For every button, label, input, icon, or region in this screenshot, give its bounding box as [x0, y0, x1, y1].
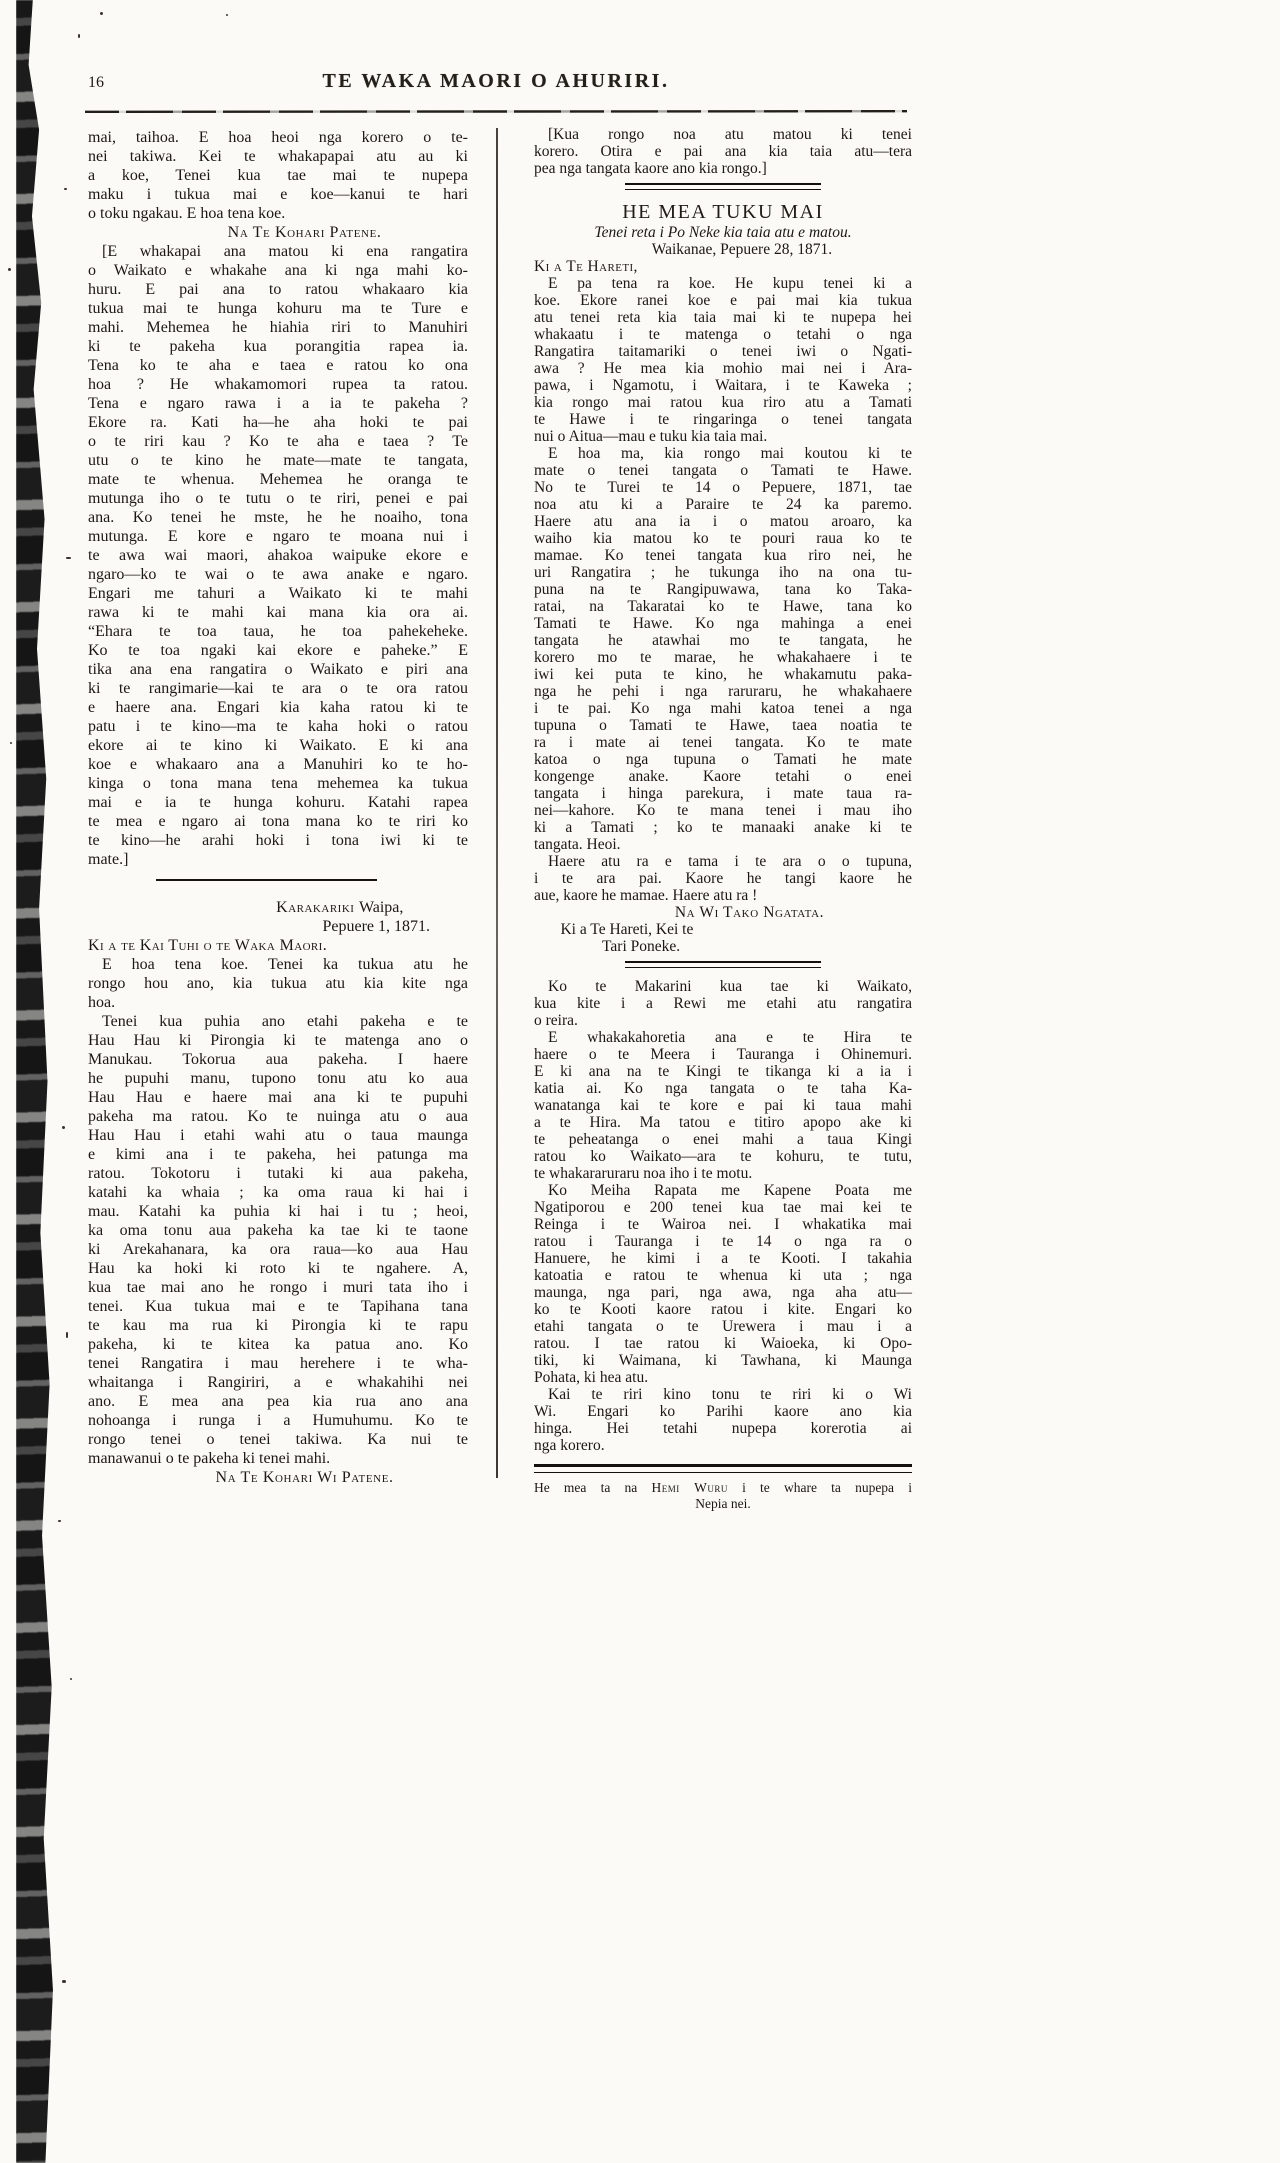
text-line: Ko te toa ngaki kai ekore e paheke.” E	[88, 641, 468, 660]
scan-speck	[8, 268, 11, 271]
text-line: No te Turei te 14 o Pepuere, 1871, tae	[534, 479, 912, 496]
salutation-line: Ki a Te Hareti,	[534, 258, 912, 275]
text-line: manawanui o te pakeha ki tenei mahi.	[88, 1449, 468, 1468]
text-line: Manukau. Tokorua aua pakeha. I haere	[88, 1050, 468, 1069]
text-line: E hoa ma, kia rongo mai koutou ki te	[534, 445, 912, 462]
text-line: Hau Hau i etahi wahi atu o taua maunga	[88, 1126, 468, 1145]
left-column: mai, taihoa. E hoa heoi nga korero o te-…	[88, 128, 468, 1487]
address-line: Tari Poneke.	[534, 938, 912, 955]
text-line: te Hawe i te ringaringa o tenei tangata	[534, 411, 912, 428]
text-line: Tenei kua puhia ano etahi pakeha e te	[88, 1012, 468, 1031]
text-line: ano. E mea ana pea kia rua ano ana	[88, 1392, 468, 1411]
text-line: whakaatu i te matenga o tetahi o nga	[534, 326, 912, 343]
text-line: ko te Kooti kaore ratou i kite. Engari k…	[534, 1301, 912, 1318]
text-line: koe. Ekore ranei koe e pai mai kia tukua	[534, 292, 912, 309]
text-line: e kimi ana i te pakeha, hei patunga ma	[88, 1145, 468, 1164]
text-line: korero mo te marae, he whakahaere i te	[534, 649, 912, 666]
text-line: Hau Hau ki Pirongia ki te matenga ano o	[88, 1031, 468, 1050]
text-line: Ngatiporou e 200 tenei kua tae mai kei t…	[534, 1199, 912, 1216]
imprint-line-2: Nepia nei.	[534, 1496, 912, 1512]
footer-rule	[534, 1464, 912, 1473]
dateline: Karakariki Waipa,	[88, 898, 468, 917]
text-line: Hanuere, he kimi i a te Kooti. I takahia	[534, 1250, 912, 1267]
text-line: rongo tenei o tenei takiwa. Ka nui te	[88, 1430, 468, 1449]
text-line: ratou. Tokotoru i tutaki ki aua pakeha,	[88, 1164, 468, 1183]
dateline: Waikanae, Pepuere 28, 1871.	[534, 241, 912, 258]
text-line: tangata. Heoi.	[534, 836, 912, 853]
text-line: katoa o nga tupuna o Tamati he mate	[534, 751, 912, 768]
section-rule	[534, 961, 912, 978]
text-line: Tamati te Hawe. Ko nga mahinga a enei	[534, 615, 912, 632]
text-line: Tena ko te aha e taea e ratou ko ona	[88, 356, 468, 375]
text-line: huru. E pai ana to ratou whakaaro kia	[88, 280, 468, 299]
newspaper-page: 16 TE WAKA MAORI O AHURIRI. mai, taihoa.…	[0, 0, 1280, 2163]
text-line: Ko Meiha Rapata me Kapene Poata me	[534, 1182, 912, 1199]
text-line: nohoanga i runga i a Humuhumu. Ko te	[88, 1411, 468, 1430]
imprint-text: i te whare ta nupepa i	[728, 1480, 912, 1495]
text-line: a te Hira. Ma tatou e titiro apopo ake k…	[534, 1114, 912, 1131]
text-line: E hoa tena koe. Tenei ka tukua atu he	[88, 955, 468, 974]
text-line: Pohata, ki hea atu.	[534, 1369, 912, 1386]
text-line: ki te rangimarie—kai te ara o te ora rat…	[88, 679, 468, 698]
scan-speck	[58, 1520, 61, 1522]
text-line: whaitanga i Rangiriri, a e whakahihi nei	[88, 1373, 468, 1392]
scan-speck	[62, 1980, 66, 1983]
address-line: Ki a Te Hareti, Kei te	[534, 921, 912, 938]
scan-speck	[66, 1332, 68, 1338]
right-column: [Kua rongo noa atu matou ki teneikorero.…	[534, 126, 912, 1512]
text-line: Haere atu ra e tama i te ara o o tupuna,	[534, 853, 912, 870]
text-line: Ko te Makarini kua tae ki Waikato,	[534, 978, 912, 995]
text-line: mutunga. E kore e ngaro te moana nui i	[88, 527, 468, 546]
text-line: wanatanga kai te kore e pai ki taua mahi	[534, 1097, 912, 1114]
text-line: mau. Katahi ka puhia ki hai i tu ; heoi,	[88, 1202, 468, 1221]
text-line: [Kua rongo noa atu matou ki tenei	[534, 126, 912, 143]
text-line: katahi ka whaia ; ka oma raua ki hai i	[88, 1183, 468, 1202]
text-line: hoa.	[88, 993, 468, 1012]
text-line: te awa wai maori, ahakoa waipuke ekore e	[88, 546, 468, 565]
text-line: tenei Rangatira i mau herehere i te wha-	[88, 1354, 468, 1373]
text-line: rongo hou ano, kia tukua atu kia kite ng…	[88, 974, 468, 993]
imprint-text: He mea ta na	[534, 1480, 651, 1495]
text-line: Rangatira taitamariki o tenei iwi o Ngat…	[534, 343, 912, 360]
text-line: i te ara pai. Kaore he tangi kaore he	[534, 870, 912, 887]
scan-speck	[62, 1126, 65, 1129]
text-line: ekore ai te kino ki Waikato. E ki ana	[88, 736, 468, 755]
text-line: atu tenei reta kia taia mai ki te nupepa…	[534, 309, 912, 326]
masthead-title: TE WAKA MAORI O AHURIRI.	[85, 70, 907, 93]
text-line: ana. Ko tenei he mste, he he noaiho, ton…	[88, 508, 468, 527]
text-line: awa ? He mea kia mohio mai nei i Ara-	[534, 360, 912, 377]
section-rule	[534, 183, 912, 200]
header-rule	[85, 110, 907, 113]
text-line: puna na te Rangipuwawa, tana ko Taka-	[534, 581, 912, 598]
text-line: tangata i hinga parekura, i mate taua ra…	[534, 785, 912, 802]
text-line: Tena e ngaro rawa i a ia te pakeha ?	[88, 394, 468, 413]
text-line: aue, kaore he mamae. Haere atu ra !	[534, 887, 912, 904]
text-line: rawa ki te mahi kai mana kia ora ai.	[88, 603, 468, 622]
text-line: “Ehara te toa taua, he toa pahekeheke.	[88, 622, 468, 641]
text-line: mai e ia te hunga kohuru. Katahi rapea	[88, 793, 468, 812]
text-line: mate o tenei tangata o Tamati te Hawe.	[534, 462, 912, 479]
text-line: noa atu ki a Paraire te 24 ka paremo.	[534, 496, 912, 513]
text-line: e haere ana. Engari kia kaha ratou ki te	[88, 698, 468, 717]
text-line: Hau ka hoki ki roto ki te ngahere. A,	[88, 1259, 468, 1278]
scan-speck	[100, 12, 103, 15]
column-divider	[496, 128, 498, 1478]
dateline: Pepuere 1, 1871.	[88, 917, 468, 936]
scan-speck	[78, 34, 80, 38]
binding-scan-artifact	[16, 0, 58, 2163]
text-line: uri Rangatira ; he tukunga iho na ona tu…	[534, 564, 912, 581]
text-line: E whakakahoretia ana e te Hira te	[534, 1029, 912, 1046]
text-line: nei—kahore. Ko te mana tenei i mau iho	[534, 802, 912, 819]
text-line: mamae. Ko tenei tangata kua riro nei, he	[534, 547, 912, 564]
text-line: etahi tangata o te Urewera i mau i a	[534, 1318, 912, 1335]
text-line: haere o te Meera i Tauranga i Ohinemuri.	[534, 1046, 912, 1063]
text-line: kua kite i a Rewi me etahi atu rangatira	[534, 995, 912, 1012]
text-line: te kino—he arahi hoki i tona iwi ki te	[88, 831, 468, 850]
text-line: o Waikato e whakahe ana ki nga mahi ko-	[88, 261, 468, 280]
text-line: Ekore ra. Kati ha—he aha hoki te pai	[88, 413, 468, 432]
text-line: tangata he atawhai mo te tangata, he	[534, 632, 912, 649]
text-line: a koe, Tenei kua tae mai te nupepa	[88, 166, 468, 185]
section-rule	[88, 879, 468, 898]
text-line: pakeha ma ratou. Ko te nuinga atu o aua	[88, 1107, 468, 1126]
text-line: ratou ko Waikato—ara te kohuru, te tutu,	[534, 1148, 912, 1165]
text-line: ratou i Tauranga i te 14 o nga ra o	[534, 1233, 912, 1250]
scan-speck	[226, 14, 228, 16]
text-line: kua tae mai ano he rongo i muri tata iho…	[88, 1278, 468, 1297]
text-line: iwi kei puta te kino, he whakamutu paka-	[534, 666, 912, 683]
text-line: o te riri kau ? Ko te aha e taea ? Te	[88, 432, 468, 451]
text-line: koe e whakaaro ana a Manuhiri ko te ho-	[88, 755, 468, 774]
text-line: mate te whenua. Mehemea he oranga te	[88, 470, 468, 489]
text-line: maku i tukua mai e koe—kanui te hari	[88, 185, 468, 204]
signature-line: Na Wi Tako Ngatata.	[534, 904, 912, 921]
text-line: ki Arekahanara, ka ora raua—ko aua Hau	[88, 1240, 468, 1259]
text-line: ka oma tonu aua pakeha ka tae ki te taon…	[88, 1221, 468, 1240]
text-line: mai, taihoa. E hoa heoi nga korero o te-	[88, 128, 468, 147]
text-line: Haere atu ana ia i o matou aroaro, ka	[534, 513, 912, 530]
text-line: tika ana ena rangatira o Waikato e piri …	[88, 660, 468, 679]
text-line: kinga o tona mana tena mehemea ka tukua	[88, 774, 468, 793]
text-line: korero. Otira e pai ana kia taia atu—ter…	[534, 143, 912, 160]
text-line: patu i te kino—ma te kaha hoki o ratou	[88, 717, 468, 736]
scan-speck	[64, 188, 67, 190]
text-line: katoatia e ratou te whenua ki uta ; nga	[534, 1267, 912, 1284]
text-line: Engari me tahuri a Waikato ki te mahi	[88, 584, 468, 603]
text-line: ra i mate ai tenei tangata. Ko te mate	[534, 734, 912, 751]
text-line: E ki ana na te Kingi te tikanga ki a ia …	[534, 1063, 912, 1080]
text-line: pakeha, ki te kitea ka patua ano. Ko	[88, 1335, 468, 1354]
text-line: nui o Aitua—mau e tuku kia taia mai.	[534, 428, 912, 445]
text-line: Hau Hau e haere mai ana ki te pupuhi	[88, 1088, 468, 1107]
text-line: o toku ngakau. E hoa tena koe.	[88, 204, 468, 223]
text-line: utu o te kino he mate—mate te tangata,	[88, 451, 468, 470]
text-line: nga he pehi i nga raruraru, he whakahaer…	[534, 683, 912, 700]
scan-speck	[10, 742, 12, 744]
text-line: tupuna o Tamati te Hawe, taea noatia te	[534, 717, 912, 734]
text-line: i te pai. Ko nga mahi katoa tenei a nga	[534, 700, 912, 717]
text-line: ratai, na Takaratai ko te Hawe, tana ko	[534, 598, 912, 615]
imprint-line: He mea ta na Hemi Wuru i te whare ta nup…	[534, 1480, 912, 1496]
text-line: maunga, nga pari, nga awa, nga aha atu—	[534, 1284, 912, 1301]
salutation-line: Ki a te Kai Tuhi o te Waka Maori.	[88, 936, 468, 955]
text-line: pawa, i Ngamotu, i Waitara, i te Kaweka …	[534, 377, 912, 394]
text-line: te kau ma rua ki Pirongia ki te rapu	[88, 1316, 468, 1335]
text-line: te peheatanga o enei mahi a taua Kingi	[534, 1131, 912, 1148]
text-line: mate.]	[88, 850, 468, 869]
text-line: waiho kia matou ko te pouri raua ko te	[534, 530, 912, 547]
text-line: mahi. Mehemea he hiahia riri to Manuhiri	[88, 318, 468, 337]
text-line: tukua mai te hunga kohuru ma te Ture e	[88, 299, 468, 318]
text-line: te mea e ngaro ai tona mana ko te riri k…	[88, 812, 468, 831]
text-line: te whakararuraru noa iho i te motu.	[534, 1165, 912, 1182]
text-line: [E whakapai ana matou ki ena rangatira	[88, 242, 468, 261]
text-line: hinga. Hei tetahi nupepa korerotia ai	[534, 1420, 912, 1437]
printer-name: Hemi Wuru	[651, 1480, 727, 1495]
scan-speck	[66, 557, 71, 559]
text-line: he pupuhi manu, tupono tonu atu ko aua	[88, 1069, 468, 1088]
text-line: kongenge anake. Kaore tetahi o enei	[534, 768, 912, 785]
text-line: katia ai. Ko nga tangata o te taha Ka-	[534, 1080, 912, 1097]
text-line: ratou. I tae ratou ki Waioeka, ki Opo-	[534, 1335, 912, 1352]
text-line: Kai te riri kino tonu te riri ki o Wi	[534, 1386, 912, 1403]
signature-line: Na Te Kohari Wi Patene.	[88, 1468, 468, 1487]
text-line: o reira.	[534, 1012, 912, 1029]
scan-speck	[70, 1678, 72, 1680]
text-line: E pa tena ra koe. He kupu tenei ki a	[534, 275, 912, 292]
text-line: kia rongo mai ratou kua riro atu a Tamat…	[534, 394, 912, 411]
text-line: ngaro—ko te wai o te awa anake e ngaro.	[88, 565, 468, 584]
section-heading: HE MEA TUKU MAI	[534, 200, 912, 224]
signature-line: Na Te Kohari Patene.	[88, 223, 468, 242]
text-line: hoa ? He whakamomori rupea ta ratou.	[88, 375, 468, 394]
text-line: nei takiwa. Kei te whakapapai atu au ki	[88, 147, 468, 166]
text-line: mutunga iho o te tutu o te riri, penei e…	[88, 489, 468, 508]
text-line: Wi. Engari ko Parihi kaore ano kia	[534, 1403, 912, 1420]
text-line: Reinga i te Wairoa nei. I whakatika mai	[534, 1216, 912, 1233]
text-line: pea nga tangata kaore ano kia rongo.]	[534, 160, 912, 177]
printer-imprint: He mea ta na Hemi Wuru i te whare ta nup…	[534, 1464, 912, 1512]
text-line: tenei. Kua tukua mai e te Tapihana tana	[88, 1297, 468, 1316]
subheading-italic: Tenei reta i Po Neke kia taia atu e mato…	[534, 224, 912, 241]
text-line: ki a Tamati ; ko te manaaki anake ki te	[534, 819, 912, 836]
text-line: ki te pakeha kua porangitia rapea ia.	[88, 337, 468, 356]
text-line: tiki, ki Waimana, ki Tawhana, ki Maunga	[534, 1352, 912, 1369]
text-line: nga korero.	[534, 1437, 912, 1454]
